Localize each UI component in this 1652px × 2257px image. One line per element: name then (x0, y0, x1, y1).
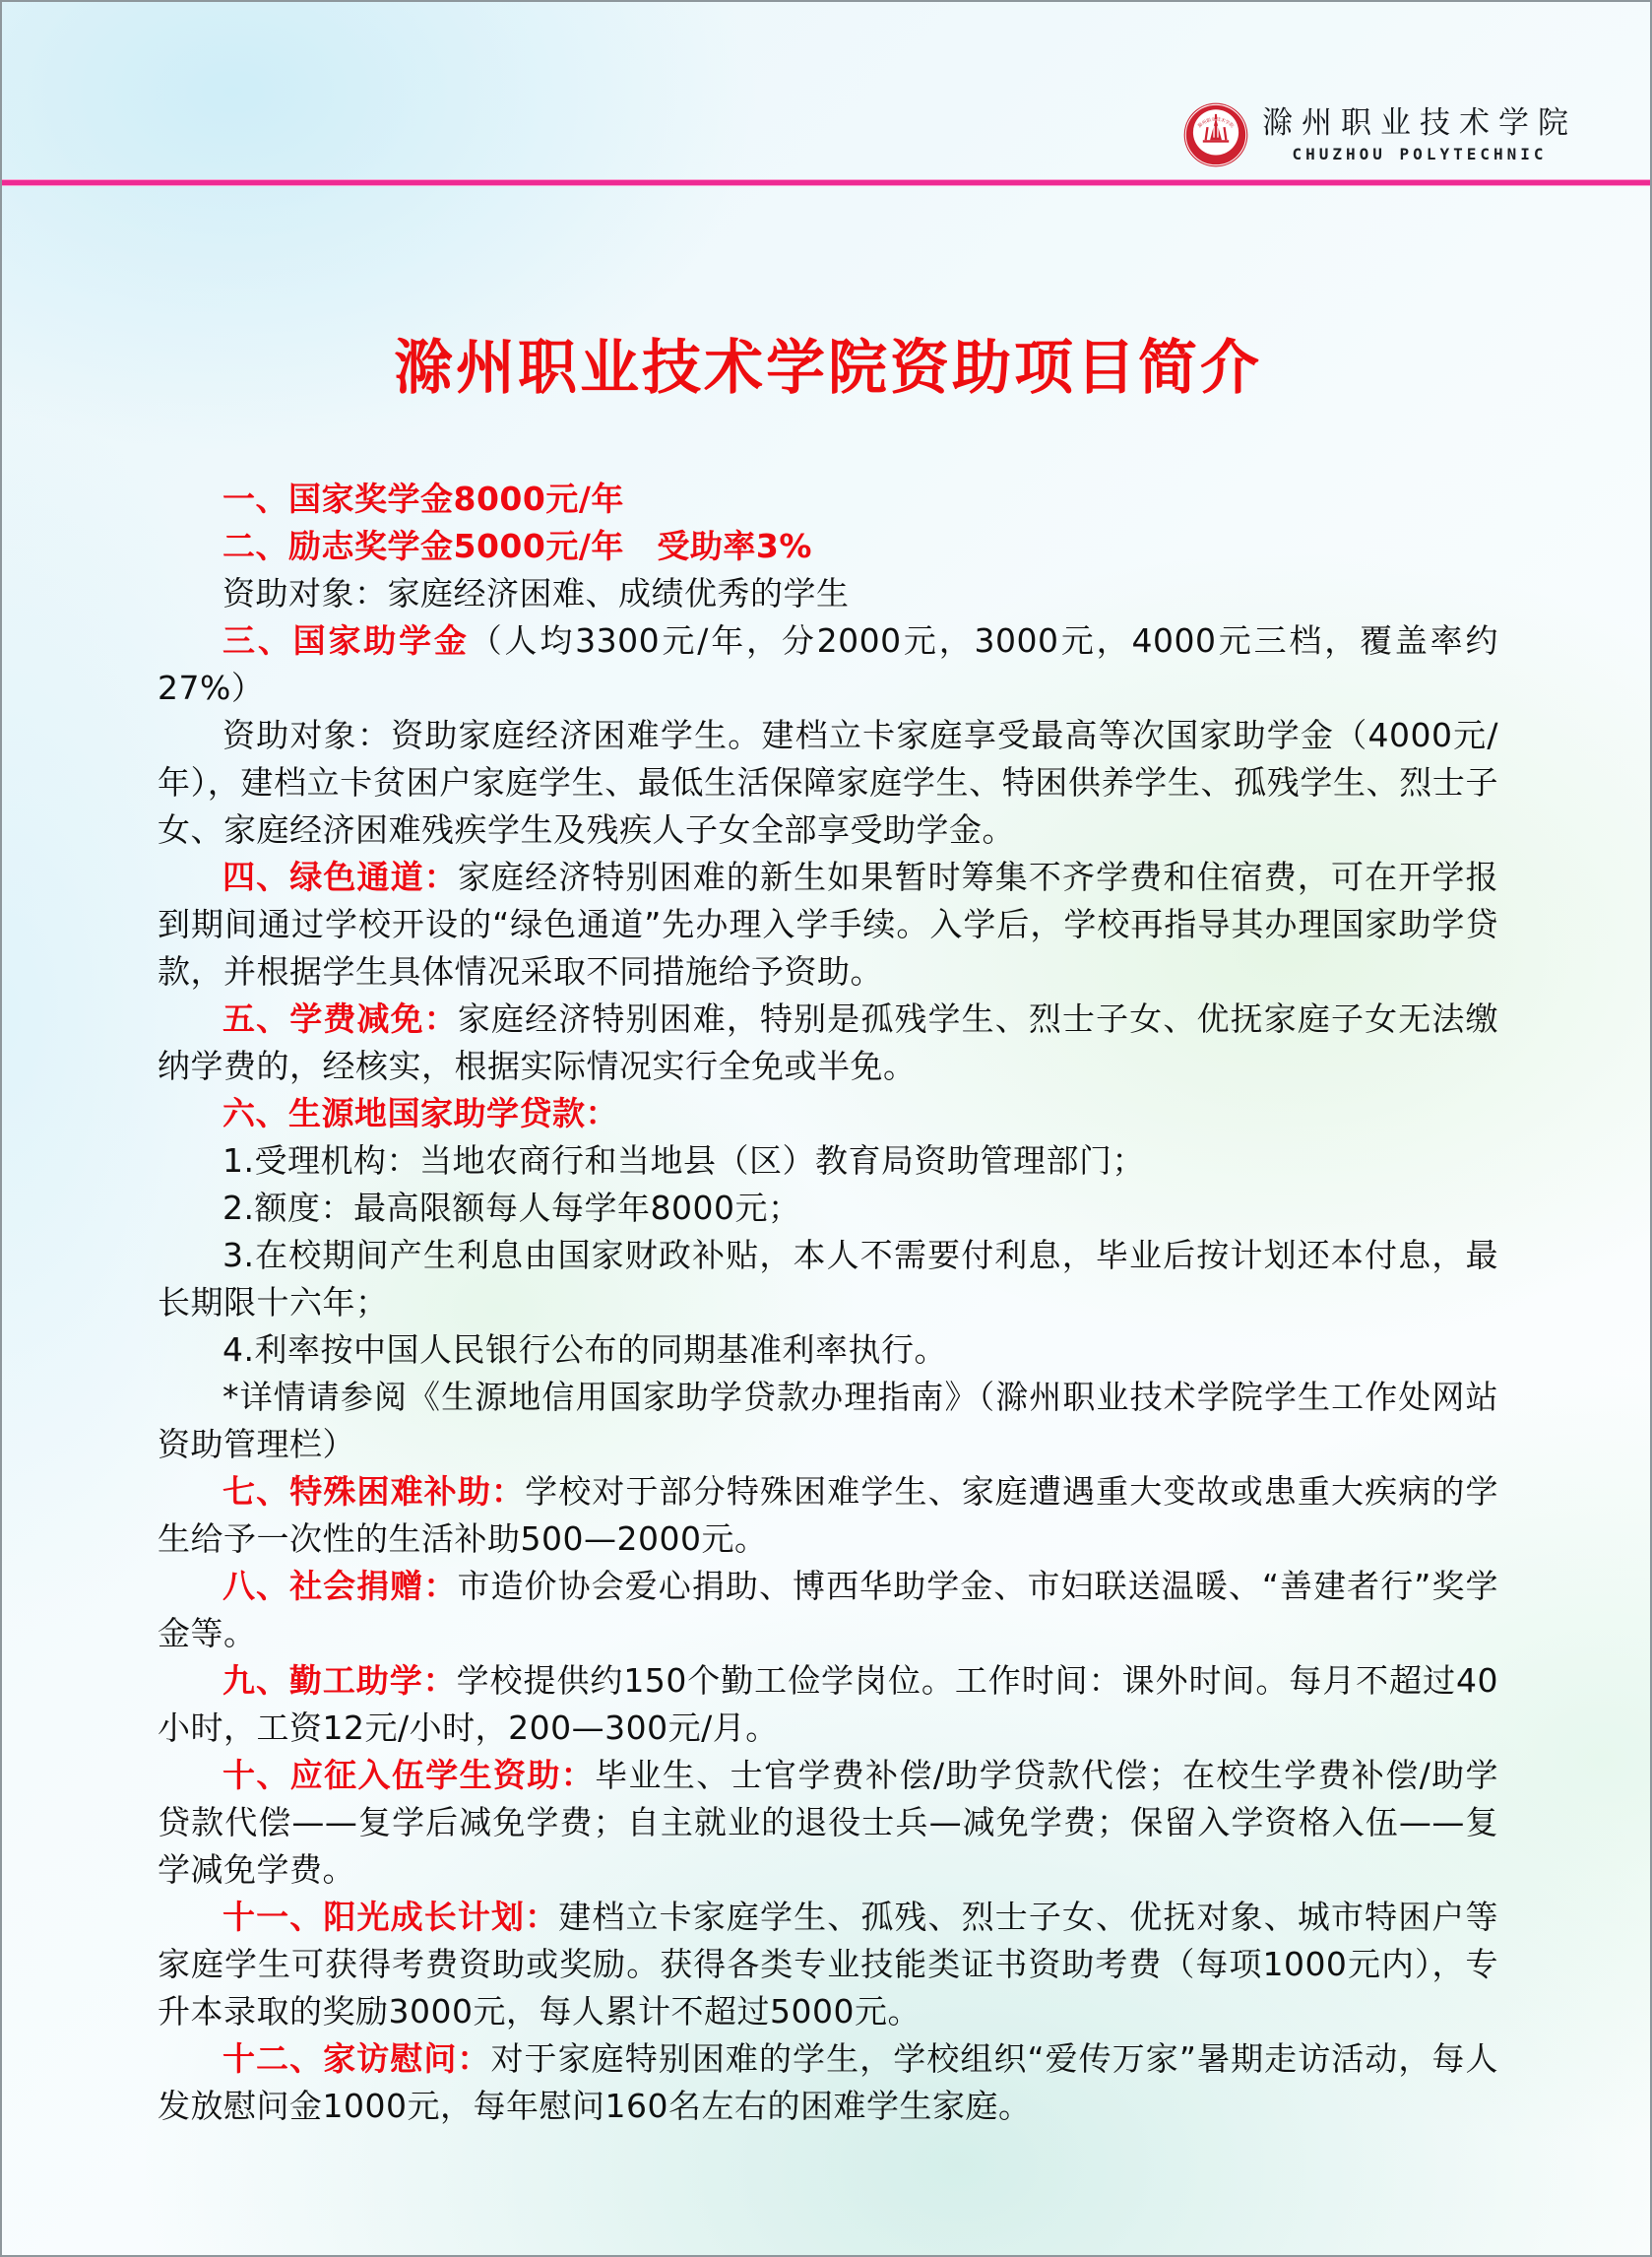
aid-item-paragraph: 资助对象：家庭经济困难、成绩优秀的学生 (158, 570, 1498, 617)
aid-item-paragraph: 四、绿色通道：家庭经济特别困难的新生如果暂时筹集不齐学费和住宿费，可在开学报到期… (158, 854, 1498, 996)
header-brand: 滁州职业技术学院 1979 CHUZHOU POLYTECHNIC 滁州职 (1183, 102, 1577, 167)
aid-item-paragraph: 二、励志奖学金5000元/年 受助率3% (158, 523, 1498, 570)
document-page: 滁州职业技术学院 1979 CHUZHOU POLYTECHNIC 滁州职 (0, 0, 1652, 2257)
aid-item-paragraph: 九、勤工助学：学校提供约150个勤工俭学岗位。工作时间：课外时间。每月不超过40… (158, 1657, 1498, 1752)
aid-item-heading: 八、社会捐赠： (222, 1567, 457, 1605)
aid-item-paragraph: 3.在校期间产生利息由国家财政补贴，本人不需要付利息，毕业后按计划还本付息，最长… (158, 1232, 1498, 1326)
aid-sections: 一、国家奖学金8000元/年 二、励志奖学金5000元/年 受助率3% 资助对象… (158, 476, 1498, 2130)
aid-item-body: 2.额度：最高限额每人每学年8000元； (222, 1189, 800, 1227)
school-seal-icon: 滁州职业技术学院 1979 CHUZHOU POLYTECHNIC (1183, 102, 1248, 167)
aid-item-paragraph: 4.利率按中国人民银行公布的同期基准利率执行。 (158, 1326, 1498, 1374)
header-divider-line (2, 179, 1650, 186)
main-content: 滁州职业技术学院资助项目简介 一、国家奖学金8000元/年 二、励志奖学金500… (158, 335, 1498, 2130)
aid-item-body: 3.在校期间产生利息由国家财政补贴，本人不需要付利息，毕业后按计划还本付息，最长… (158, 1236, 1498, 1322)
aid-item-paragraph: 七、特殊困难补助：学校对于部分特殊困难学生、家庭遭遇重大变故或患重大疾病的学生给… (158, 1468, 1498, 1563)
aid-item-paragraph: 八、社会捐赠：市造价协会爱心捐助、博西华助学金、市妇联送温暖、“善建者行”奖学金… (158, 1563, 1498, 1657)
aid-item-paragraph: 一、国家奖学金8000元/年 (158, 476, 1498, 523)
aid-item-heading: 一、国家奖学金8000元/年 (222, 480, 624, 518)
aid-item-heading: 十、应征入伍学生资助： (222, 1756, 595, 1794)
aid-item-heading: 七、特殊困难补助： (222, 1472, 525, 1511)
aid-item-paragraph: 2.额度：最高限额每人每学年8000元； (158, 1185, 1498, 1232)
aid-item-heading: 九、勤工助学： (222, 1661, 457, 1700)
page-title: 滁州职业技术学院资助项目简介 (158, 335, 1498, 403)
aid-item-heading: 三、国家助学金 (222, 621, 470, 660)
aid-item-heading: 二、励志奖学金5000元/年 受助率3% (222, 527, 812, 565)
aid-item-body: *详情请参阅《生源地信用国家助学贷款办理指南》（滁州职业技术学院学生工作处网站资… (158, 1378, 1498, 1463)
aid-item-heading: 十二、家访慰问： (222, 2039, 490, 2078)
aid-item-paragraph: *详情请参阅《生源地信用国家助学贷款办理指南》（滁州职业技术学院学生工作处网站资… (158, 1374, 1498, 1468)
school-name-cn: 滁州职业技术学院 (1262, 106, 1577, 140)
aid-item-body: 资助对象：资助家庭经济困难学生。建档立卡家庭享受最高等次国家助学金（4000元/… (158, 716, 1498, 849)
aid-item-body: 4.利率按中国人民银行公布的同期基准利率执行。 (222, 1330, 947, 1369)
aid-item-paragraph: 资助对象：资助家庭经济困难学生。建档立卡家庭享受最高等次国家助学金（4000元/… (158, 712, 1498, 854)
aid-item-paragraph: 六、生源地国家助学贷款： (158, 1090, 1498, 1137)
aid-item-heading: 四、绿色通道： (222, 858, 458, 896)
brand-text: 滁州职业技术学院 CHUZHOU POLYTECHNIC (1262, 106, 1577, 163)
school-name-en: CHUZHOU POLYTECHNIC (1292, 145, 1547, 163)
aid-item-paragraph: 十一、阳光成长计划：建档立卡家庭学生、孤残、烈士子女、优抚对象、城市特困户等家庭… (158, 1894, 1498, 2035)
aid-item-heading: 五、学费减免： (222, 1000, 458, 1038)
aid-item-paragraph: 十、应征入伍学生资助：毕业生、士官学费补偿/助学贷款代偿；在校生学费补偿/助学贷… (158, 1752, 1498, 1894)
aid-item-paragraph: 五、学费减免：家庭经济特别困难，特别是孤残学生、烈士子女、优抚家庭子女无法缴纳学… (158, 996, 1498, 1090)
aid-item-heading: 六、生源地国家助学贷款： (222, 1094, 618, 1132)
aid-item-paragraph: 1.受理机构：当地农商行和当地县（区）教育局资助管理部门； (158, 1137, 1498, 1185)
aid-item-paragraph: 十二、家访慰问：对于家庭特别困难的学生，学校组织“爱传万家”暑期走访活动，每人发… (158, 2035, 1498, 2130)
aid-item-body: 1.受理机构：当地农商行和当地县（区）教育局资助管理部门； (222, 1141, 1145, 1180)
aid-item-heading: 十一、阳光成长计划： (222, 1898, 558, 1936)
aid-item-body: 资助对象：家庭经济困难、成绩优秀的学生 (222, 574, 850, 613)
aid-item-paragraph: 三、国家助学金（人均3300元/年，分2000元，3000元，4000元三档，覆… (158, 617, 1498, 712)
